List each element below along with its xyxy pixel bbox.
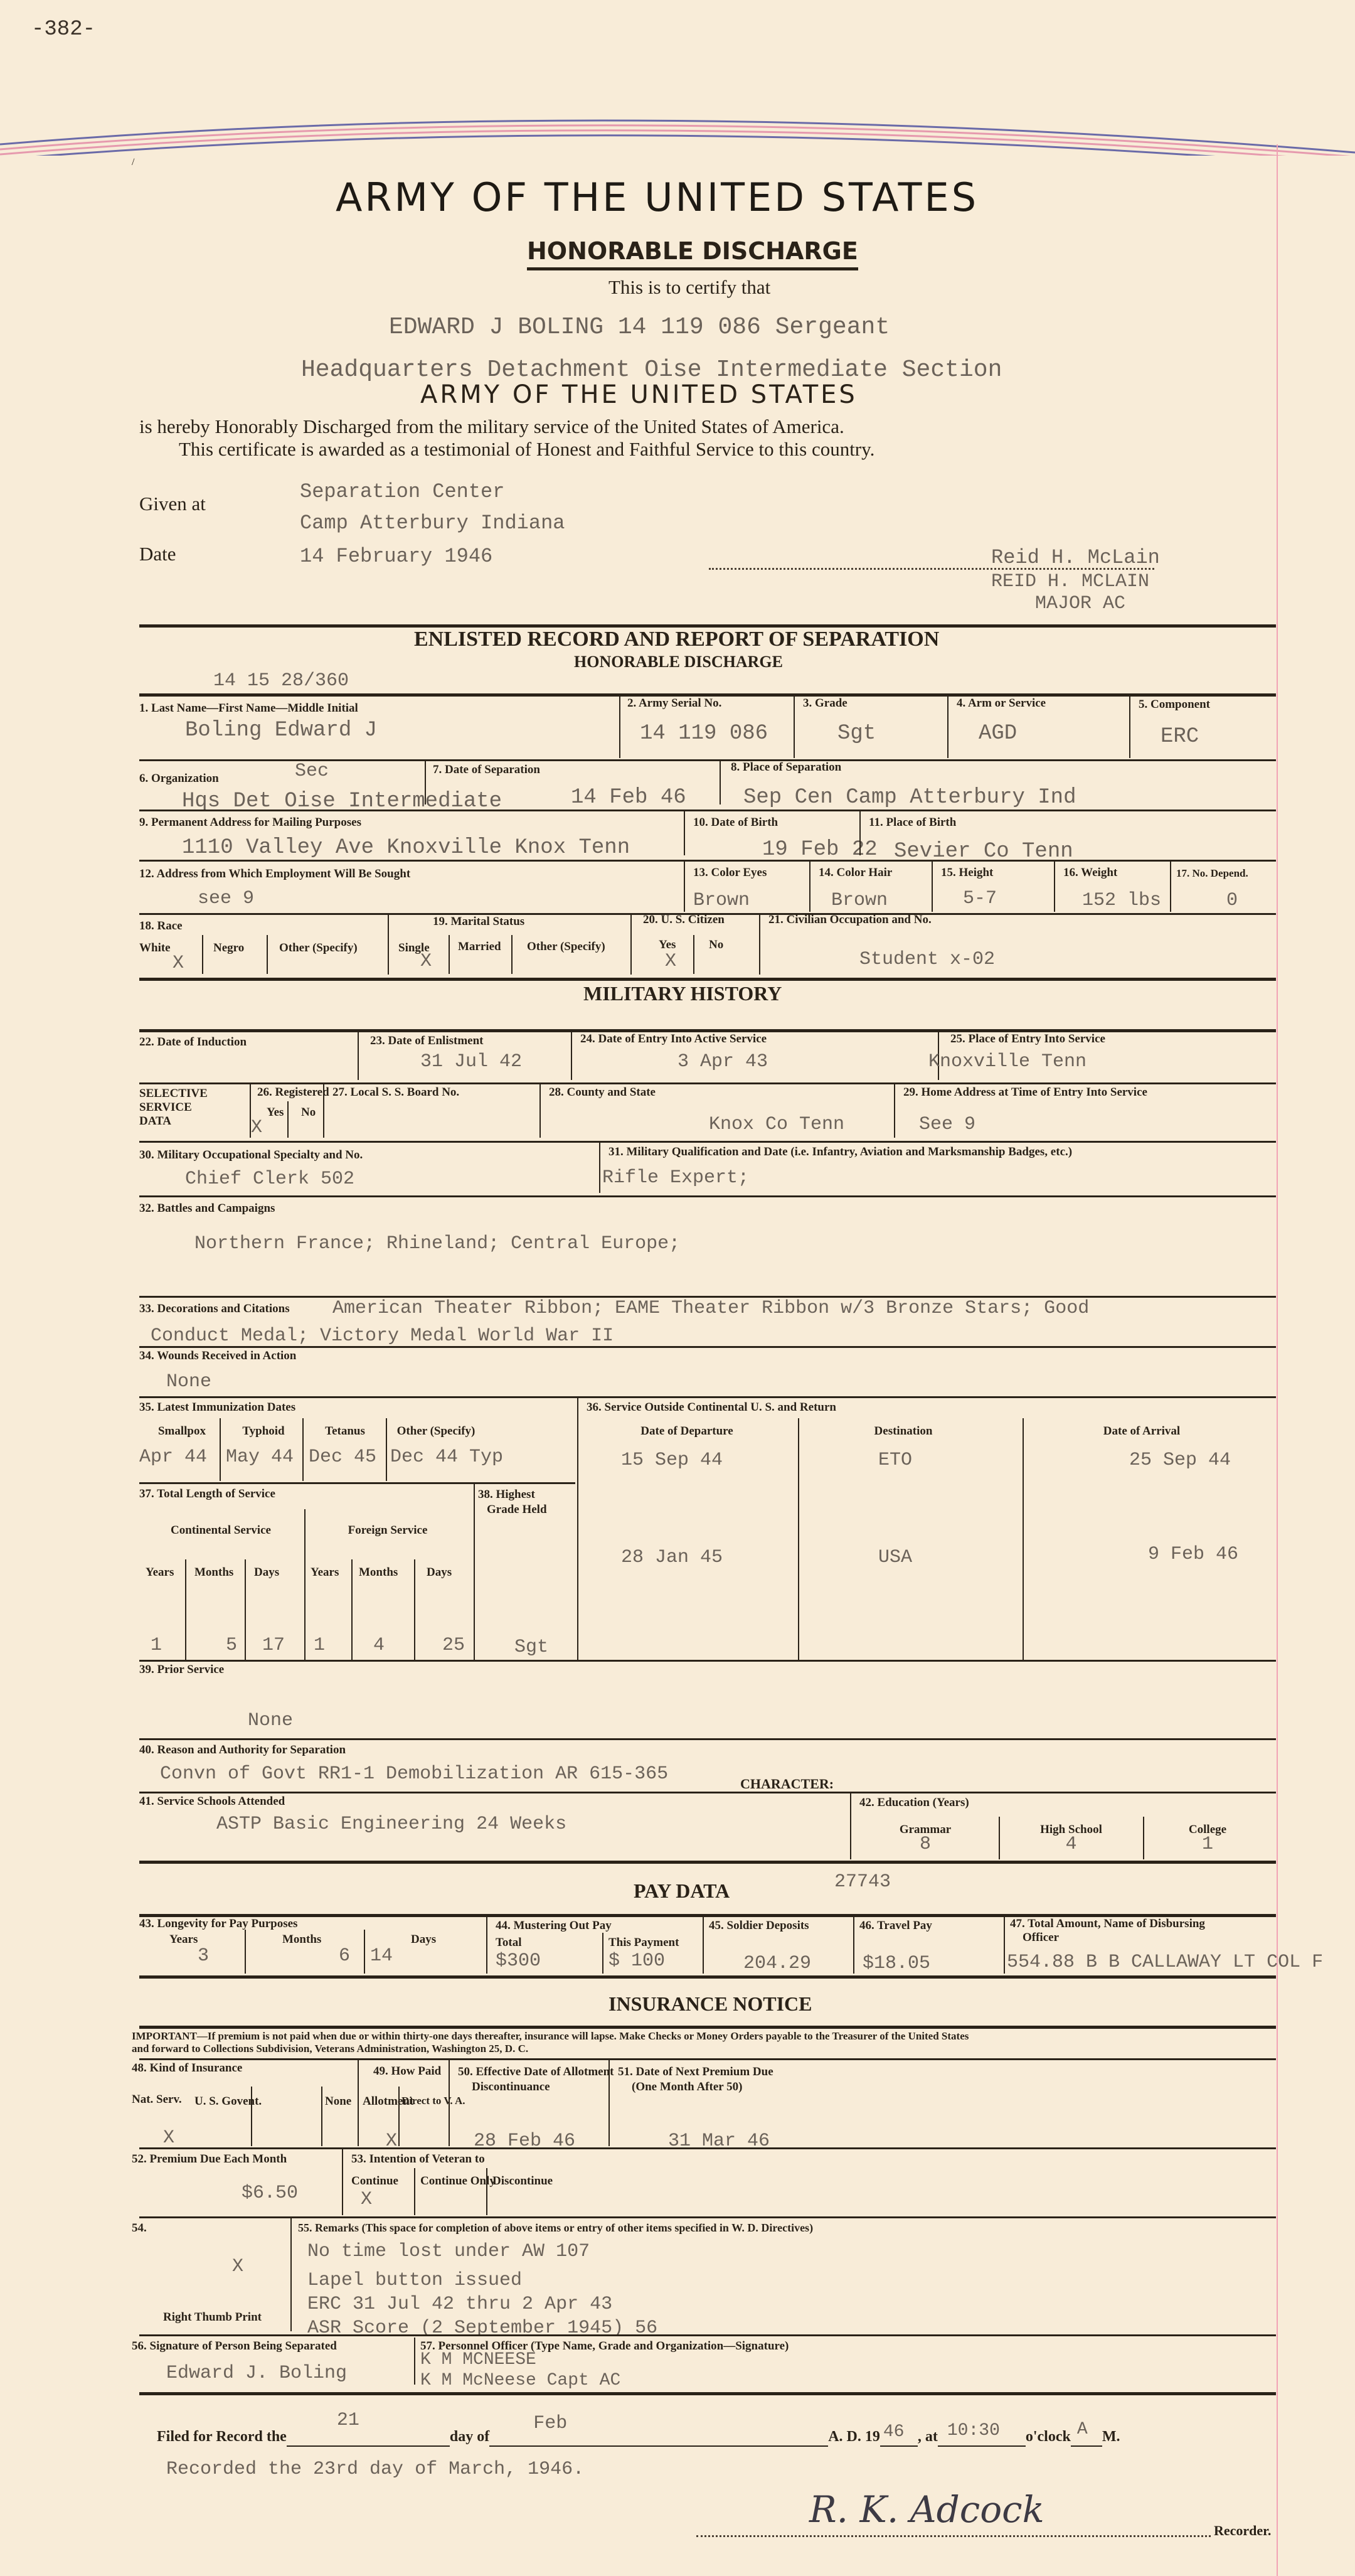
remarks-value: No time lost under AW 107 Lapel button i…	[307, 2237, 657, 2343]
field-label: 13. Color Eyes	[693, 866, 767, 880]
field-label: 45. Soldier Deposits	[709, 1919, 809, 1933]
divider	[1054, 862, 1055, 912]
divider	[139, 1792, 1276, 1793]
divider	[321, 2087, 322, 2146]
column-header: Tetanus	[307, 1424, 383, 1438]
separation-date-value: 14 Feb 46	[571, 786, 686, 810]
divider	[139, 1195, 1276, 1197]
recorded-text: Recorded the 23rd day of March, 1946.	[166, 2459, 584, 2480]
filed-month: Feb	[533, 2413, 567, 2434]
field-label: 22. Date of Induction	[139, 1035, 247, 1049]
divider	[139, 1482, 575, 1484]
field-label: 34. Wounds Received in Action	[139, 1349, 296, 1363]
divider	[720, 761, 721, 804]
field-label: 15. Height	[941, 866, 993, 880]
divider	[474, 1484, 475, 1660]
intention-checkmark: X	[361, 2189, 372, 2210]
field-label: 48. Kind of Insurance	[132, 2061, 242, 2075]
filed-day: 21	[337, 2410, 359, 2431]
thumb-print-caption: Right Thumb Print	[163, 2311, 262, 2324]
filed-ampm: A	[1077, 2420, 1088, 2439]
divider	[449, 935, 450, 974]
divider	[323, 1084, 324, 1138]
column-header: Years	[146, 1566, 174, 1579]
divider	[245, 1559, 246, 1660]
divider	[139, 1975, 1276, 1979]
premium-value: $6.50	[242, 2183, 298, 2204]
registered-checkmark: X	[251, 1117, 262, 1138]
divider	[602, 1933, 603, 1974]
divider	[1129, 695, 1130, 758]
divider	[304, 1509, 306, 1660]
record-title: ENLISTED RECORD AND REPORT OF SEPARATION	[414, 628, 939, 651]
arrival-date-1: 25 Sep 44	[1129, 1450, 1231, 1471]
divider	[139, 2026, 1276, 2029]
divider	[425, 761, 426, 804]
field-label: 46. Travel Pay	[859, 1919, 932, 1933]
divider	[1143, 1817, 1144, 1859]
column-header: Continue Only	[420, 2174, 496, 2188]
field-label: 24. Date of Entry Into Active Service	[580, 1032, 767, 1046]
column-header: Date of Arrival	[1016, 1424, 1267, 1438]
field-label: 12. Address from Which Employment Will B…	[139, 867, 410, 881]
field-label: 43. Longevity for Pay Purposes	[139, 1917, 297, 1931]
field-label: 20. U. S. Citizen	[643, 913, 725, 927]
record-subtitle: HONORABLE DISCHARGE	[574, 653, 783, 671]
field-label: 16. Weight	[1063, 866, 1117, 880]
foreign-years: 1	[314, 1635, 325, 1656]
divider	[245, 1930, 246, 1974]
divider	[684, 811, 685, 855]
mustering-out-total: $300	[496, 1950, 541, 1972]
column-header: Discontinue	[492, 2174, 553, 2188]
departure-date-1: 15 Sep 44	[621, 1450, 723, 1471]
pay-reference-number: 27743	[834, 1871, 891, 1893]
divider	[619, 695, 620, 758]
race-option-other: Other (Specify)	[279, 941, 358, 955]
mailing-address-value: 1110 Valley Ave Knoxville Knox Tenn	[182, 836, 630, 860]
field-label: 28. County and State	[549, 1086, 656, 1099]
enlistment-date-value: 31 Jul 42	[420, 1051, 522, 1072]
divider	[139, 1346, 1276, 1348]
service-schools-value: ASTP Basic Engineering 24 Weeks	[216, 1814, 566, 1835]
eye-color-value: Brown	[693, 890, 750, 911]
battles-value: Northern France; Rhineland; Central Euro…	[194, 1233, 680, 1254]
field-label: 39. Prior Service	[139, 1663, 224, 1677]
officer-rank: MAJOR AC	[1035, 593, 1125, 614]
immunization-typhoid: May 44	[226, 1446, 294, 1468]
column-header: Years	[169, 1933, 198, 1947]
field-label: 19. Marital Status	[433, 915, 524, 929]
column-header: Continue	[351, 2174, 398, 2188]
hair-color-value: Brown	[831, 890, 888, 911]
field-label: 3. Grade	[803, 697, 848, 710]
field-label: 1. Last Name—First Name—Middle Initial	[139, 702, 358, 715]
divider	[351, 1559, 353, 1660]
citizen-checkmark: X	[665, 951, 676, 972]
field-label: 31. Military Qualification and Date (i.e…	[608, 1145, 1072, 1159]
thumb-print-mark: X	[232, 2256, 243, 2277]
field-label: 21. Civilian Occupation and No.	[768, 913, 932, 927]
divider	[684, 862, 685, 912]
divider	[414, 2168, 415, 2215]
given-at-label: Given at	[139, 493, 206, 515]
column-header: Direct to V. A.	[401, 2095, 465, 2107]
column-header: Nat. Serv.	[132, 2093, 182, 2107]
field-label: 5. Component	[1139, 698, 1210, 712]
soldier-deposits-value: 204.29	[743, 1953, 811, 1974]
field-label: 36. Service Outside Continental U. S. an…	[587, 1401, 836, 1414]
file-code: 14 15 28/360	[213, 670, 349, 692]
race-option-white: White	[139, 941, 171, 955]
divider	[386, 1418, 387, 1481]
divider	[853, 1916, 854, 1974]
mustering-out-payment: $ 100	[608, 1950, 665, 1972]
wounds-value: None	[166, 1371, 211, 1392]
divider	[287, 1101, 289, 1138]
insurance-important-text: IMPORTANT—If premium is not paid when du…	[132, 2030, 969, 2043]
field-label: 2. Army Serial No.	[627, 697, 721, 710]
field-label: 11. Place of Birth	[869, 816, 956, 830]
employment-address-value: see 9	[198, 888, 254, 909]
divider	[139, 2216, 1276, 2218]
dependents-value: 0	[1226, 890, 1238, 911]
divider	[486, 2168, 487, 2215]
active-service-date-value: 3 Apr 43	[677, 1051, 768, 1072]
separation-place-value: Sep Cen Camp Atterbury Ind	[743, 786, 1076, 810]
insurance-title: INSURANCE NOTICE	[608, 1992, 812, 2016]
citizen-option-no: No	[709, 938, 723, 952]
county-state-value: Knox Co Tenn	[709, 1114, 844, 1135]
education-college: 1	[1145, 1834, 1270, 1855]
insurance-kind-checkmark: X	[163, 2127, 174, 2149]
divider	[139, 1861, 1276, 1864]
divider	[139, 860, 1276, 862]
disbursing-officer-label: 47. Total Amount, Name of Disbursing Off…	[1010, 1917, 1205, 1945]
destination-2: USA	[878, 1547, 912, 1568]
divider	[414, 2338, 415, 2385]
field-label: 35. Latest Immunization Dates	[139, 1401, 295, 1414]
divider	[342, 2149, 343, 2215]
column-header: Years	[311, 1566, 339, 1579]
divider	[364, 1930, 365, 1974]
separated-person-signature: Edward J. Boling	[166, 2363, 347, 2384]
divider	[599, 1143, 600, 1193]
immunization-smallpox: Apr 44	[139, 1446, 207, 1468]
divider	[202, 935, 203, 974]
divider	[571, 1031, 572, 1080]
divider	[809, 862, 810, 912]
certificate-title: ARMY OF THE UNITED STATES	[336, 174, 979, 220]
divider	[251, 2087, 252, 2146]
divider	[139, 1082, 1276, 1084]
field-label: 54.	[132, 2221, 147, 2235]
field-label: 32. Battles and Campaigns	[139, 1202, 275, 1216]
column-header: Other (Specify)	[389, 1424, 483, 1438]
filed-time: 10:30	[947, 2421, 1000, 2440]
field-label: 14. Color Hair	[819, 866, 892, 880]
group-header: Continental Service	[139, 1524, 302, 1537]
allotment-date-label: 50. Effective Date of Allotment Disconti…	[458, 2065, 614, 2095]
divider	[139, 2058, 1276, 2060]
entry-place-value: Knoxville Tenn	[928, 1051, 1087, 1072]
field-label: 55. Remarks (This space for completion o…	[298, 2221, 813, 2235]
column-header: Date of Departure	[583, 1424, 790, 1438]
divider	[449, 2060, 450, 2146]
date-label: Date	[139, 543, 176, 565]
divider	[139, 1396, 1276, 1398]
column-header: This Payment	[608, 1936, 679, 1950]
field-label: 8. Place of Separation	[731, 761, 841, 774]
marital-option-married: Married	[458, 940, 501, 954]
field-label: 27. Local S. S. Board No.	[332, 1086, 459, 1099]
divider	[539, 1084, 541, 1138]
column-header: Days	[411, 1933, 436, 1947]
destination-1: ETO	[878, 1450, 912, 1471]
certify-text: This is to certify that	[608, 276, 770, 299]
divider	[511, 935, 513, 974]
divider	[358, 1031, 359, 1080]
divider	[693, 935, 694, 974]
citizen-option-yes: Yes	[659, 938, 676, 952]
officer-signature: Reid H. McLain	[991, 546, 1160, 569]
recorder-signature-line	[696, 2535, 1211, 2537]
divider	[302, 1418, 304, 1481]
personnel-officer-signature: K M McNeese Capt AC	[420, 2371, 620, 2390]
divider	[267, 935, 268, 974]
longevity-months: 6	[339, 1945, 350, 1967]
divider	[139, 2147, 1276, 2149]
next-premium-label: 51. Date of Next Premium Due (One Month …	[618, 2065, 773, 2095]
decorations-value-line1: American Theater Ribbon; EAME Theater Ri…	[332, 1298, 1089, 1319]
field-label: 18. Race	[139, 919, 183, 933]
field-label: 40. Reason and Authority for Separation	[139, 1743, 346, 1757]
divider	[486, 1916, 487, 1974]
divider	[139, 1141, 1276, 1143]
certificate-organization: Headquarters Detachment Oise Intermediat…	[301, 356, 1002, 383]
registered-option-no: No	[301, 1106, 316, 1120]
divider	[139, 810, 1276, 811]
certificate-text-2: This certificate is awarded as a testimo…	[179, 438, 874, 461]
divider	[139, 2392, 1276, 2395]
remarks-line: No time lost under AW 107	[307, 2237, 657, 2266]
column-header: Days	[427, 1566, 452, 1579]
military-history-title: MILITARY HISTORY	[583, 982, 782, 1005]
civilian-occupation-value: Student x-02	[859, 949, 995, 970]
decorations-value-line2: Conduct Medal; Victory Medal World War I…	[151, 1325, 614, 1347]
field-label: 29. Home Address at Time of Entry Into S…	[903, 1086, 1147, 1099]
field-label: 30. Military Occupational Specialty and …	[139, 1148, 363, 1162]
divider	[759, 915, 760, 975]
field-label: 23. Date of Enlistment	[370, 1034, 483, 1048]
field-label: 25. Place of Entry Into Service	[950, 1032, 1105, 1046]
divider	[794, 695, 795, 758]
column-header: Months	[194, 1566, 233, 1579]
divider	[608, 2060, 610, 2146]
marital-checkmark: X	[420, 951, 432, 972]
given-at-line2: Camp Atterbury Indiana	[300, 511, 565, 535]
field-label: 41. Service Schools Attended	[139, 1795, 285, 1809]
total-amount-value: 554.88 B B CALLAWAY LT COL F	[1007, 1952, 1323, 1973]
divider	[859, 811, 861, 855]
divider	[798, 1418, 799, 1660]
date-value: 14 February 1946	[300, 545, 492, 568]
serial-value: 14 119 086	[640, 722, 768, 746]
separation-reason-value: Convn of Govt RR1-1 Demobilization AR 61…	[160, 1763, 668, 1785]
pay-data-title: PAY DATA	[634, 1879, 730, 1903]
field-label: 53. Intention of Veteran to	[351, 2152, 485, 2166]
divider	[999, 1817, 1000, 1859]
divider	[414, 1559, 415, 1660]
column-header: Typhoid	[226, 1424, 301, 1438]
field-label: 10. Date of Birth	[693, 816, 778, 830]
divider	[703, 1916, 704, 1974]
divider	[290, 2218, 292, 2331]
signature-line	[709, 568, 1154, 570]
field-label: 7. Date of Separation	[433, 763, 540, 777]
field-label: 49. How Paid	[373, 2065, 441, 2078]
group-header: Foreign Service	[306, 1524, 469, 1537]
page-number: -382-	[31, 18, 95, 41]
divider	[932, 862, 933, 912]
continental-days: 17	[262, 1635, 285, 1656]
field-label: 56. Signature of Person Being Separated	[132, 2339, 337, 2353]
column-header: Days	[254, 1566, 279, 1579]
field-label: 4. Arm or Service	[957, 697, 1046, 710]
discharge-document: ARMY OF THE UNITED STATES HONORABLE DISC…	[132, 157, 1277, 168]
organization-value-top: Sec	[295, 761, 329, 782]
divider	[1170, 862, 1171, 912]
character-label: CHARACTER:	[740, 1776, 834, 1792]
registered-option-yes: Yes	[267, 1106, 284, 1120]
divider	[630, 915, 632, 975]
home-address-value: See 9	[919, 1114, 975, 1135]
divider	[1004, 1916, 1005, 1974]
immunization-other: Dec 44 Typ	[390, 1446, 503, 1468]
education-high-school: 4	[1001, 1834, 1142, 1855]
decorative-border	[0, 112, 1355, 156]
divider	[947, 695, 948, 758]
arm-service-value: AGD	[979, 722, 1017, 746]
margin-line	[1277, 144, 1278, 2576]
field-label: 37. Total Length of Service	[139, 1487, 275, 1501]
field-label: 26. Registered	[257, 1086, 329, 1099]
immunization-tetanus: Dec 45	[309, 1446, 376, 1468]
column-header: None	[325, 2095, 351, 2108]
divider	[894, 1084, 895, 1138]
recorder-signature: R. K. Adcock	[809, 2488, 1044, 2531]
continental-months: 5	[226, 1635, 237, 1656]
field-label: 44. Mustering Out Pay	[496, 1919, 612, 1933]
foreign-months: 4	[373, 1635, 385, 1656]
remarks-line: ASR Score (2 September 1945) 56	[307, 2314, 657, 2343]
divider	[139, 1738, 1276, 1740]
travel-pay-value: $18.05	[863, 1953, 930, 1974]
personnel-officer-typed: K M MCNEESE	[420, 2350, 536, 2370]
divider	[139, 978, 1276, 981]
height-value: 5-7	[963, 888, 997, 909]
divider	[139, 2334, 1276, 2336]
highest-grade-label: 38. Highest Grade Held	[478, 1487, 547, 1517]
divider	[358, 2060, 359, 2146]
certificate-army: ARMY OF THE UNITED STATES	[420, 380, 858, 409]
marital-option-other: Other (Specify)	[527, 940, 605, 954]
certificate-text-1: is hereby Honorably Discharged from the …	[139, 415, 844, 438]
education-grammar: 8	[853, 1834, 997, 1855]
field-label: 42. Education (Years)	[859, 1796, 969, 1810]
selective-service-label: SELECTIVE SERVICE DATA	[139, 1087, 208, 1128]
field-label: 52. Premium Due Each Month	[132, 2152, 287, 2166]
divider	[185, 1559, 186, 1660]
divider	[220, 1418, 221, 1481]
filed-year: 46	[883, 2422, 905, 2442]
race-checkmark: X	[173, 953, 184, 974]
certificate-subtitle: HONORABLE DISCHARGE	[527, 237, 858, 270]
divider	[1023, 1418, 1024, 1660]
arrival-date-2: 9 Feb 46	[1148, 1544, 1238, 1565]
component-value: ERC	[1161, 725, 1199, 749]
insurance-important-text-2: and forward to Collections Subdivision, …	[132, 2043, 528, 2055]
field-label: 33. Decorations and Citations	[139, 1302, 290, 1316]
highest-grade-value: Sgt	[514, 1637, 548, 1658]
race-option-negro: Negro	[213, 941, 244, 955]
foreign-days: 25	[442, 1635, 465, 1656]
military-qualification-value: Rifle Expert;	[602, 1167, 749, 1189]
column-header: Smallpox	[144, 1424, 220, 1438]
field-label: 17. No. Depend.	[1176, 867, 1248, 880]
longevity-years: 3	[198, 1945, 209, 1967]
field-label: 9. Permanent Address for Mailing Purpose…	[139, 816, 361, 830]
column-header: Destination	[797, 1424, 1010, 1438]
recorder-label: Recorder.	[1214, 2523, 1271, 2539]
grade-value: Sgt	[837, 722, 876, 746]
officer-typed-name: REID H. MCLAIN	[991, 571, 1149, 592]
continental-years: 1	[151, 1635, 162, 1656]
column-header: Months	[282, 1933, 321, 1947]
name-value: Boling Edward J	[185, 719, 377, 742]
filed-for-record-line: Filed for Record the21 day ofFeb A. D. 1…	[157, 2429, 1280, 2447]
longevity-days: 14	[370, 1945, 393, 1967]
column-header: Months	[359, 1566, 398, 1579]
departure-date-2: 28 Jan 45	[621, 1547, 723, 1568]
prior-service-value: None	[248, 1710, 293, 1731]
certificate-name: EDWARD J BOLING 14 119 086 Sergeant	[389, 314, 890, 341]
field-label: 6. Organization	[139, 772, 219, 786]
divider	[850, 1793, 851, 1859]
divider	[398, 2087, 400, 2146]
divider	[388, 915, 389, 975]
occupational-specialty-value: Chief Clerk 502	[185, 1168, 354, 1190]
given-at-line1: Separation Center	[300, 480, 504, 503]
divider	[139, 1660, 1276, 1662]
divider	[577, 1398, 578, 1662]
weight-value: 152 lbs	[1082, 890, 1161, 911]
column-header: Total	[496, 1936, 522, 1950]
